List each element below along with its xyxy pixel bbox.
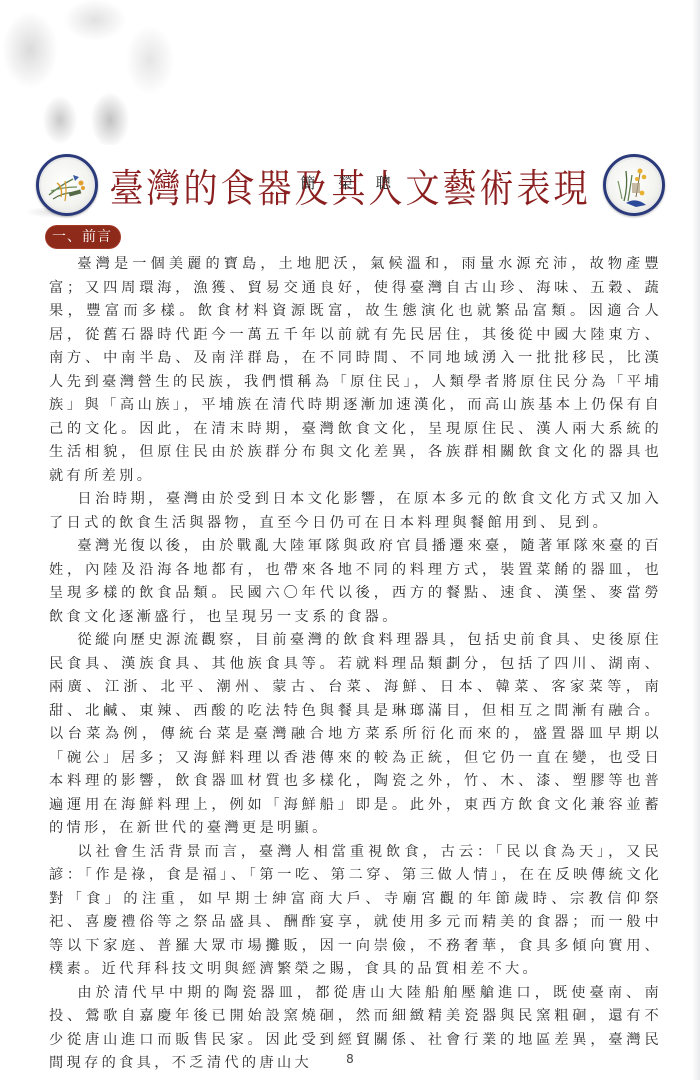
section-heading-badge: 一、前言	[46, 226, 120, 248]
paragraph: 日治時期，臺灣由於受到日本文化影響，在原本多元的飲食文化方式又加入了日式的飲食生…	[49, 488, 662, 535]
paragraph: 臺灣是一個美麗的寶島，土地肥沃，氣候溫和，雨量水源充沛，故物產豐富；又四周環海，…	[49, 253, 662, 488]
decorative-corner-illustration	[0, 0, 190, 145]
article-body: 臺灣是一個美麗的寶島，土地肥沃，氣候溫和，雨量水源充沛，故物產豐富；又四周環海，…	[49, 253, 662, 1076]
paragraph: 從縱向歷史源流觀察，目前臺灣的飲食料理器具，包括史前食具、史後原住民食具、漢族食…	[49, 629, 662, 841]
author-name: 簡 榮 聰	[0, 172, 700, 193]
paragraph: 以社會生活背景而言，臺灣人相當重視飲食，古云：「民以食為天」，又民諺：「作是祿，…	[49, 841, 662, 982]
section-heading: 一、前言	[46, 226, 120, 248]
paragraph: 臺灣光復以後，由於戰亂大陸軍隊與政府官員播遷來臺，隨著軍隊來臺的百姓，內陸及沿海…	[49, 535, 662, 629]
page-number: 8	[0, 1052, 700, 1066]
